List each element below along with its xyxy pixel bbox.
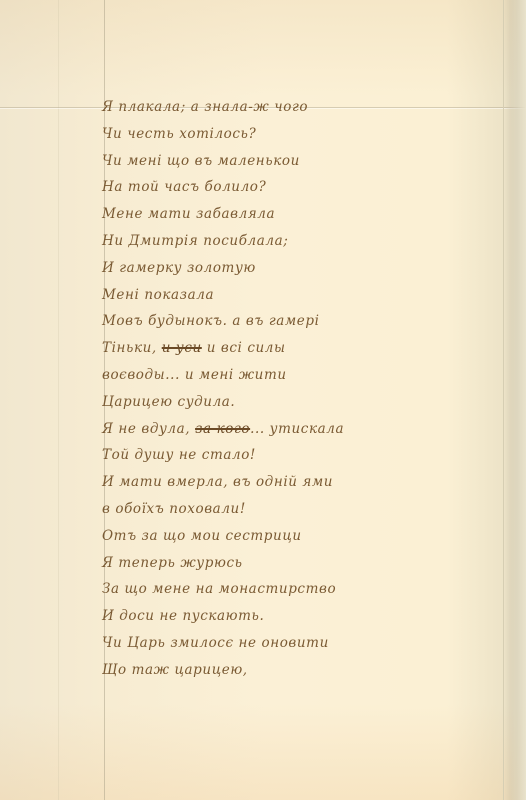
paper-fold-line bbox=[58, 0, 59, 800]
line-text: Я теперь журюсь bbox=[102, 555, 243, 571]
text-line: Чи Царь змилосє не оновити bbox=[102, 630, 502, 657]
handwritten-text: Я плакала; а знала-ж чого Чи честь хотіл… bbox=[102, 94, 502, 684]
text-line: Ни Дмитрія посиблала; bbox=[102, 228, 502, 255]
line-text: Що таж царицею, bbox=[102, 662, 248, 678]
text-line: Я плакала; а знала-ж чого bbox=[102, 94, 502, 121]
line-text: Мені показала bbox=[102, 287, 214, 303]
text-line: И гамерку золотую bbox=[102, 255, 502, 282]
text-line: И мати вмерла, въ одній ями bbox=[102, 469, 502, 496]
struck-out-text: за кого bbox=[195, 421, 250, 437]
text-line: Мені показала bbox=[102, 282, 502, 309]
line-text: Мене мати забавляла bbox=[102, 206, 275, 222]
line-text: Той душу не стало! bbox=[102, 447, 256, 463]
line-text: Мовъ будынокъ. а въ гамері bbox=[102, 313, 319, 329]
line-text: Чи Царь змилосє не оновити bbox=[102, 635, 329, 651]
line-text: Я плакала; а знала-ж чого bbox=[102, 99, 308, 115]
text-line: И доси не пускають. bbox=[102, 603, 502, 630]
text-line: воєводы... и мені жити bbox=[102, 362, 502, 389]
text-line: На той часъ болило? bbox=[102, 174, 502, 201]
manuscript-page: Я плакала; а знала-ж чого Чи честь хотіл… bbox=[0, 0, 526, 800]
struck-out-text: и уси bbox=[162, 340, 202, 356]
line-text: Тіньки, bbox=[102, 340, 157, 356]
page-edge-shadow bbox=[503, 0, 526, 800]
line-text: Чи честь хотілось? bbox=[102, 126, 256, 142]
text-line: За що мене на монастирство bbox=[102, 576, 502, 603]
line-text: в обоїхъ поховали! bbox=[102, 501, 246, 517]
line-text: На той часъ болило? bbox=[102, 179, 266, 195]
text-line: Царицею судила. bbox=[102, 389, 502, 416]
line-text: воєводы... и мені жити bbox=[102, 367, 287, 383]
line-text-continued: и всі силы bbox=[207, 340, 286, 356]
line-text: Я не вдула, bbox=[102, 421, 190, 437]
text-line: Я теперь журюсь bbox=[102, 550, 502, 577]
text-line: Мовъ будынокъ. а въ гамері bbox=[102, 308, 502, 335]
line-text: И мати вмерла, въ одній ями bbox=[102, 474, 333, 490]
line-text: И доси не пускають. bbox=[102, 608, 264, 624]
line-text: За що мене на монастирство bbox=[102, 581, 336, 597]
text-line: Отъ за що мои сестрици bbox=[102, 523, 502, 550]
text-line: Я не вдула, за кого... утискала bbox=[102, 416, 502, 443]
line-text: Чи мені що въ маленькои bbox=[102, 153, 300, 169]
line-text: И гамерку золотую bbox=[102, 260, 256, 276]
text-line: Мене мати забавляла bbox=[102, 201, 502, 228]
line-text: Ни Дмитрія посиблала; bbox=[102, 233, 288, 249]
text-line: Той душу не стало! bbox=[102, 442, 502, 469]
text-line: Тіньки, и уси и всі силы bbox=[102, 335, 502, 362]
text-line: Чи честь хотілось? bbox=[102, 121, 502, 148]
text-line: Що таж царицею, bbox=[102, 657, 502, 684]
text-line: в обоїхъ поховали! bbox=[102, 496, 502, 523]
line-text: Отъ за що мои сестрици bbox=[102, 528, 302, 544]
line-text-continued: ... утискала bbox=[250, 421, 344, 437]
text-line: Чи мені що въ маленькои bbox=[102, 148, 502, 175]
line-text: Царицею судила. bbox=[102, 394, 235, 410]
